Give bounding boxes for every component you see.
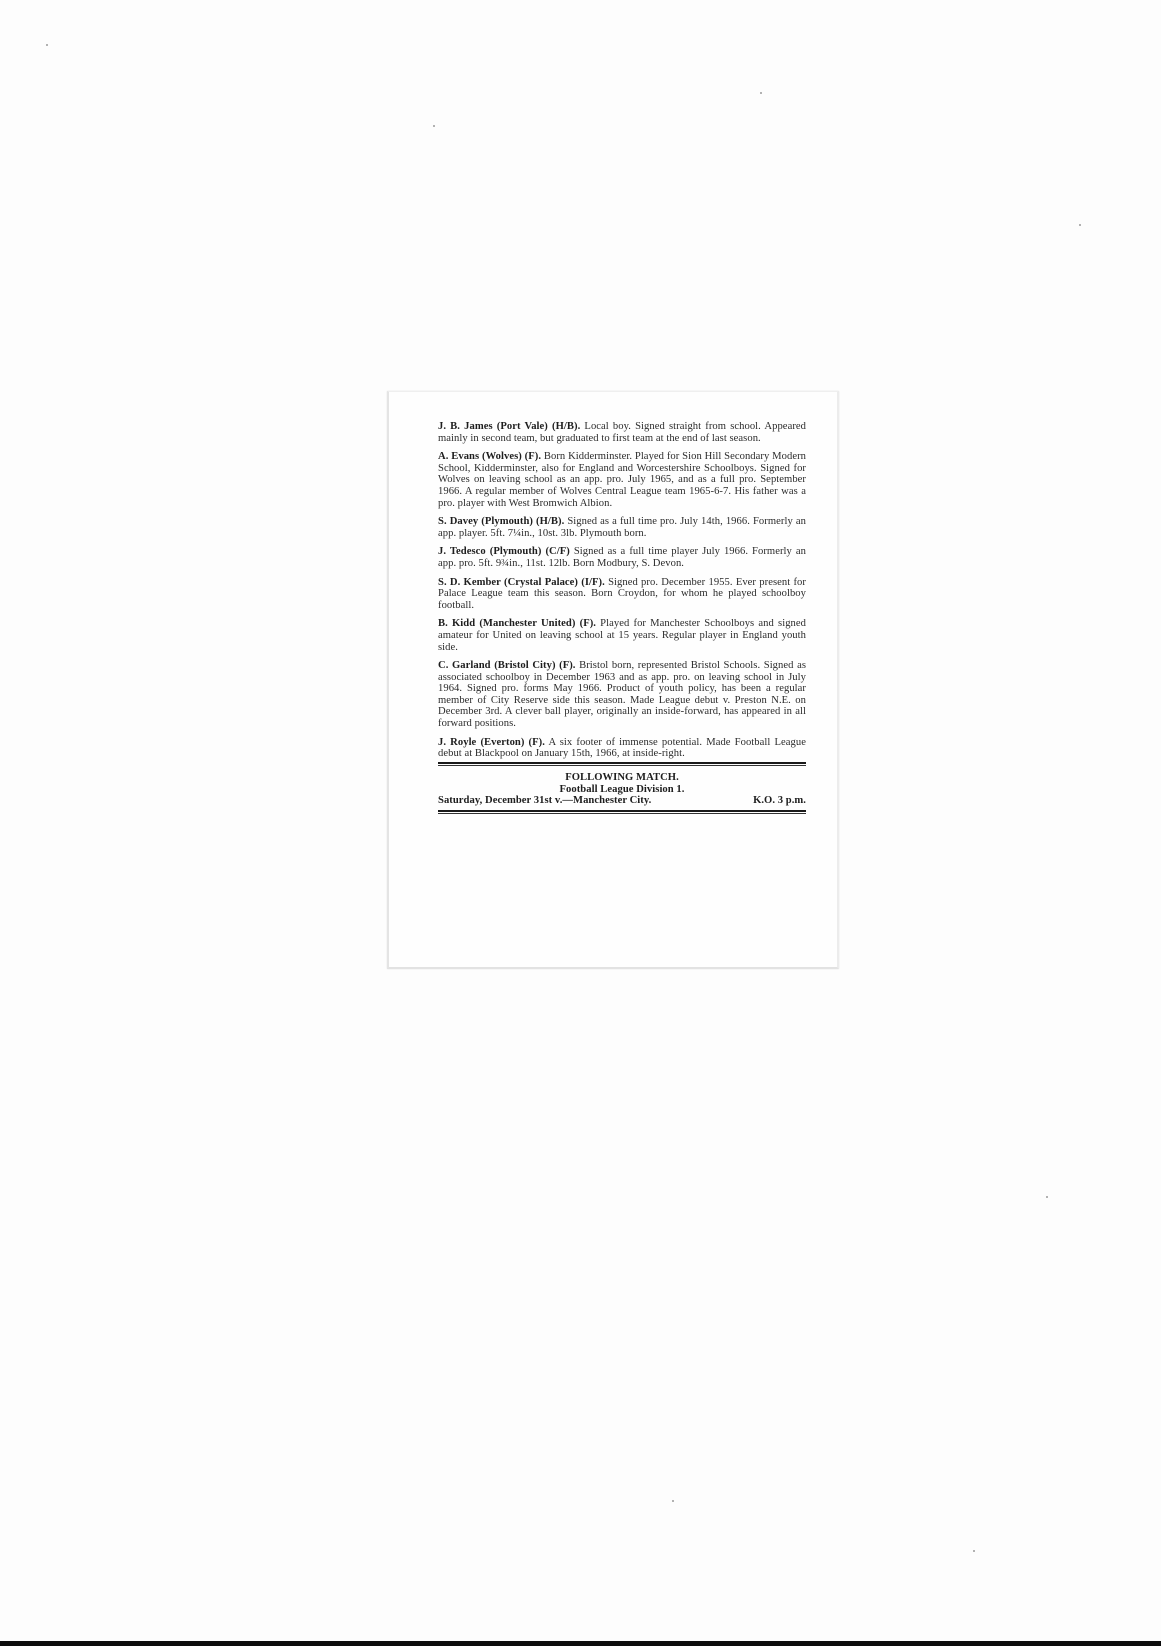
scan-speck bbox=[1046, 1196, 1048, 1198]
player-name: J. Royle (Everton) (F). bbox=[438, 737, 545, 748]
following-match-heading: FOLLOWING MATCH. bbox=[438, 772, 806, 784]
player-name: J. Tedesco (Plymouth) (C/F) bbox=[438, 546, 570, 557]
player-entry: C. Garland (Bristol City) (F). Bristol b… bbox=[438, 660, 806, 730]
fixture: Saturday, December 31st v.—Manchester Ci… bbox=[438, 795, 651, 807]
player-name: B. Kidd (Manchester United) (F). bbox=[438, 618, 596, 629]
following-match: FOLLOWING MATCH. Football League Divisio… bbox=[438, 772, 806, 807]
scan-speck bbox=[760, 92, 762, 94]
player-name: S. D. Kember (Crystal Palace) (I/F). bbox=[438, 577, 605, 588]
player-name: J. B. James (Port Vale) (H/B). bbox=[438, 421, 580, 432]
scan-speck bbox=[46, 44, 48, 46]
player-entry: B. Kidd (Manchester United) (F). Played … bbox=[438, 618, 806, 653]
player-entry: S. Davey (Plymouth) (H/B). Signed as a f… bbox=[438, 516, 806, 539]
scan-edge bbox=[0, 1641, 1161, 1646]
player-entry: J. B. James (Port Vale) (H/B). Local boy… bbox=[438, 421, 806, 444]
player-entry: S. D. Kember (Crystal Palace) (I/F). Sig… bbox=[438, 577, 806, 612]
kickoff-time: K.O. 3 p.m. bbox=[753, 795, 806, 807]
competition: Football League Division 1. bbox=[438, 784, 806, 796]
player-entry: A. Evans (Wolves) (F). Born Kidderminste… bbox=[438, 451, 806, 509]
player-notes: J. B. James (Port Vale) (H/B). Local boy… bbox=[438, 421, 806, 814]
player-name: A. Evans (Wolves) (F). bbox=[438, 451, 541, 462]
scan-speck bbox=[433, 125, 435, 127]
divider-rule bbox=[438, 810, 806, 815]
divider-rule bbox=[438, 762, 806, 767]
scan-speck bbox=[973, 1550, 975, 1552]
player-name: C. Garland (Bristol City) (F). bbox=[438, 660, 576, 671]
scan-speck bbox=[1079, 224, 1081, 226]
scan-speck bbox=[672, 1500, 674, 1502]
player-entry: J. Tedesco (Plymouth) (C/F) Signed as a … bbox=[438, 546, 806, 569]
player-name: S. Davey (Plymouth) (H/B). bbox=[438, 516, 564, 527]
player-entry: J. Royle (Everton) (F). A six footer of … bbox=[438, 737, 806, 760]
